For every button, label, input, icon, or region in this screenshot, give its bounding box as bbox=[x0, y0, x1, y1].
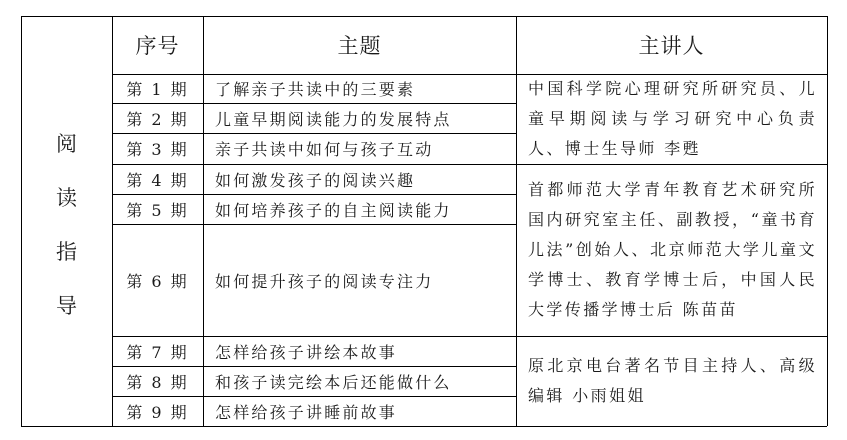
row-topic: 儿童早期阅读能力的发展特点 bbox=[203, 103, 516, 133]
header-seq: 序号 bbox=[112, 16, 203, 74]
section-label-char: 读 bbox=[56, 182, 77, 212]
header-speaker: 主讲人 bbox=[516, 16, 827, 74]
header-topic: 主题 bbox=[203, 16, 516, 74]
row-topic: 如何提升孩子的阅读专注力 bbox=[203, 224, 516, 336]
row-seq: 第 1 期 bbox=[112, 74, 203, 103]
row-seq: 第 5 期 bbox=[112, 194, 203, 224]
row-topic: 和孩子读完绘本后还能做什么 bbox=[203, 366, 516, 396]
section-label-char: 导 bbox=[56, 290, 77, 320]
row-topic: 如何培养孩子的自主阅读能力 bbox=[203, 194, 516, 224]
row-topic: 怎样给孩子讲绘本故事 bbox=[203, 336, 516, 366]
border-bottom bbox=[21, 426, 827, 427]
row-seq: 第 7 期 bbox=[112, 336, 203, 366]
row-topic: 怎样给孩子讲睡前故事 bbox=[203, 396, 516, 426]
row-seq: 第 8 期 bbox=[112, 366, 203, 396]
speaker-cell: 首都师范大学青年教育艺术研究所国内研究室主任、副教授，“童书育儿法”创始人、北京… bbox=[516, 164, 827, 336]
row-seq: 第 3 期 bbox=[112, 133, 203, 164]
row-seq: 第 2 期 bbox=[112, 103, 203, 133]
section-label-char: 阅 bbox=[56, 128, 77, 158]
row-seq: 第 6 期 bbox=[112, 224, 203, 336]
section-label-char: 指 bbox=[56, 236, 77, 266]
row-seq: 第 4 期 bbox=[112, 164, 203, 194]
row-seq: 第 9 期 bbox=[112, 396, 203, 426]
speaker-cell: 中国科学院心理研究所研究员、儿童早期阅读与学习研究中心负责人、博士生导师 李甦 bbox=[516, 74, 827, 164]
border-right bbox=[827, 16, 828, 426]
row-topic: 了解亲子共读中的三要素 bbox=[203, 74, 516, 103]
reading-guide-table: 阅 读 指 导 序号 主题 主讲人 第 1 期 第 2 期 第 3 期 第 4 … bbox=[21, 16, 827, 426]
section-label: 阅 读 指 导 bbox=[21, 16, 112, 426]
row-topic: 如何激发孩子的阅读兴趣 bbox=[203, 164, 516, 194]
speaker-cell: 原北京电台著名节目主持人、高级编辑 小雨姐姐 bbox=[516, 336, 827, 426]
row-topic: 亲子共读中如何与孩子互动 bbox=[203, 133, 516, 164]
